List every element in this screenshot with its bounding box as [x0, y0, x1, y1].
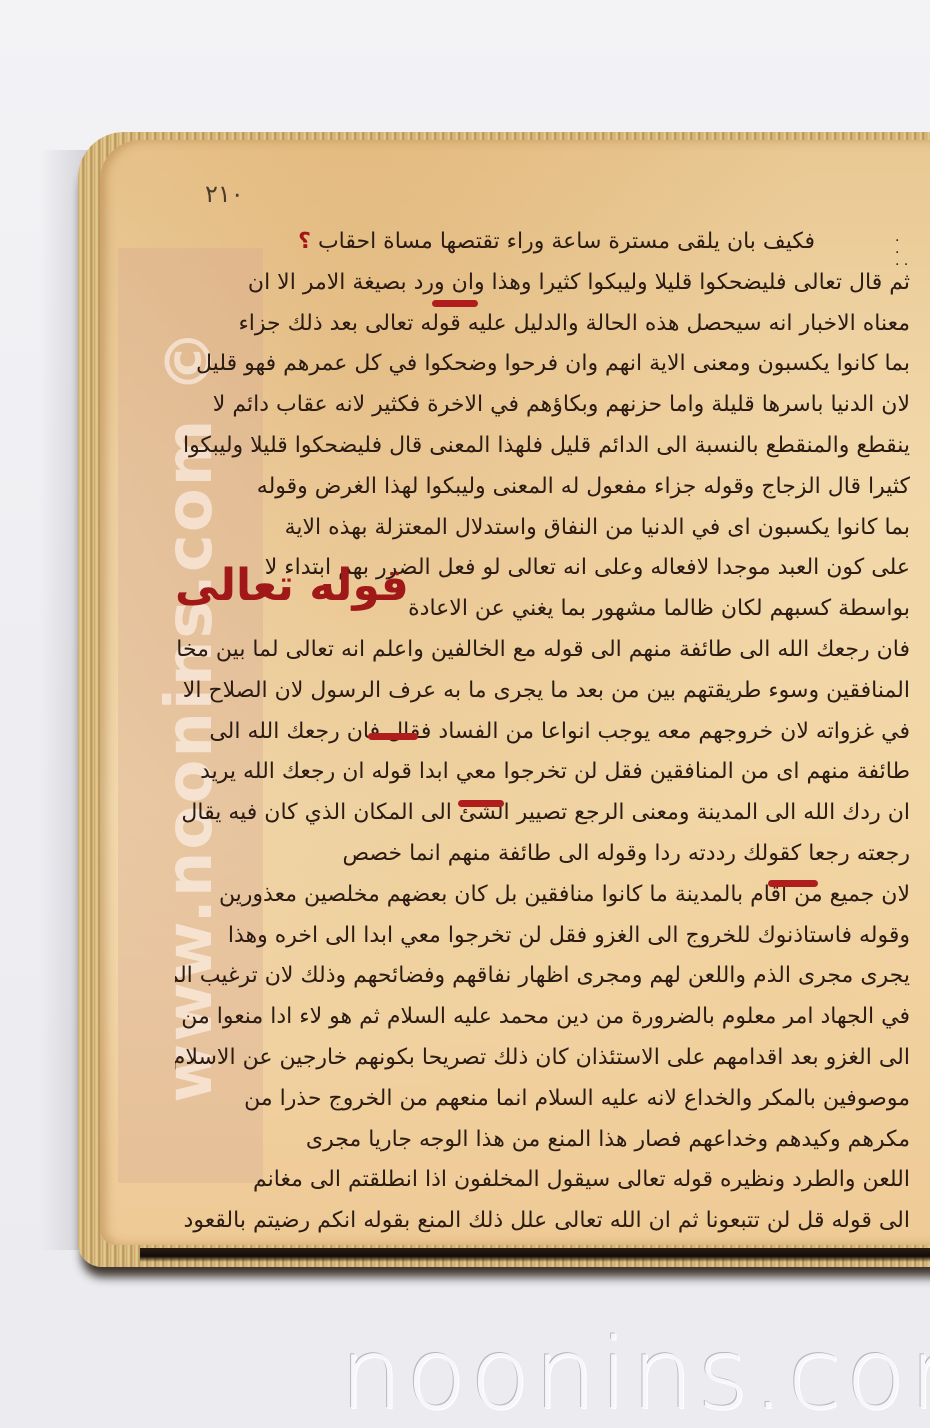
red-verse-marker: ؟	[298, 229, 311, 254]
text-line: بما كانوا يكسبون ومعنى الاية انهم وان فر…	[175, 344, 910, 385]
text-line-content: فكيف بان يلقى مسترة ساعة وراء تقتصها مسا…	[318, 229, 815, 254]
text-line: رجعته رجعا كقولك رددته ردا وقوله الى طائ…	[175, 834, 910, 875]
text-line: اللعن والطرد ونظيره قوله تعالى سيقول الم…	[175, 1160, 910, 1201]
text-line: في الجهاد امر معلوم بالضرورة من دين محمد…	[175, 997, 910, 1038]
text-line: طائفة منهم اى من المنافقين فقل لن تخرجوا…	[175, 752, 910, 793]
text-line: وقوله فاستاذنوك للخروج الى الغزو فقل لن …	[175, 916, 910, 957]
text-line: المنافقين وسوء طريقتهم بين من بعد ما يجر…	[175, 671, 910, 712]
red-overline-mark	[458, 800, 504, 807]
watermark-bottom: noonins.com	[340, 1318, 930, 1428]
text-line: الى الغزو بعد اقدامهم على الاستئذان كان …	[175, 1038, 910, 1079]
rubric-heading: قوله تعالى	[175, 560, 409, 611]
text-line: بما كانوا يكسبون اى في الدنيا من النفاق …	[175, 508, 910, 549]
text-line: موصوفين بالمكر والخداع لانه عليه السلام …	[175, 1079, 910, 1120]
text-line: لان الدنيا باسرها قليلة واما حزنهم وبكاؤ…	[175, 385, 910, 426]
text-line: فان رجعك الله الى طائفة منهم الى قوله مع…	[175, 630, 910, 671]
text-line: معناه الاخبار انه سيحصل هذه الحالة والدل…	[175, 304, 910, 345]
text-line: الى قوله قل لن تتبعونا ثم ان الله تعالى …	[175, 1201, 910, 1242]
red-overline-mark	[768, 880, 818, 887]
text-line: مكرهم وكيدهم وخداعهم فصار هذا المنع من ه…	[175, 1120, 910, 1161]
text-line: ان ردك الله الى المدينة ومعنى الرجع تصيي…	[175, 793, 910, 834]
text-line: ثم قال تعالى فليضحكوا قليلا وليبكوا كثير…	[175, 263, 910, 304]
text-line: كثيرا قال الزجاج وقوله جزاء مفعول له الم…	[175, 467, 910, 508]
book-bottom-shadow	[140, 1248, 930, 1262]
red-overline-mark	[432, 300, 478, 307]
red-overline-mark	[368, 733, 418, 740]
text-line: يجرى مجرى الذم واللعن لهم ومجرى اظهار نف…	[175, 956, 910, 997]
folio-number: ٢١٠	[205, 180, 244, 208]
text-line: في غزواته لان خروجهم معه يوجب انواعا من …	[175, 712, 910, 753]
manuscript-text: فكيف بان يلقى مسترة ساعة وراء تقتصها مسا…	[175, 222, 910, 1242]
text-line: ينقطع والمنقطع بالنسبة الى الدائم قليل ف…	[175, 426, 910, 467]
text-line: فكيف بان يلقى مسترة ساعة وراء تقتصها مسا…	[175, 222, 910, 263]
